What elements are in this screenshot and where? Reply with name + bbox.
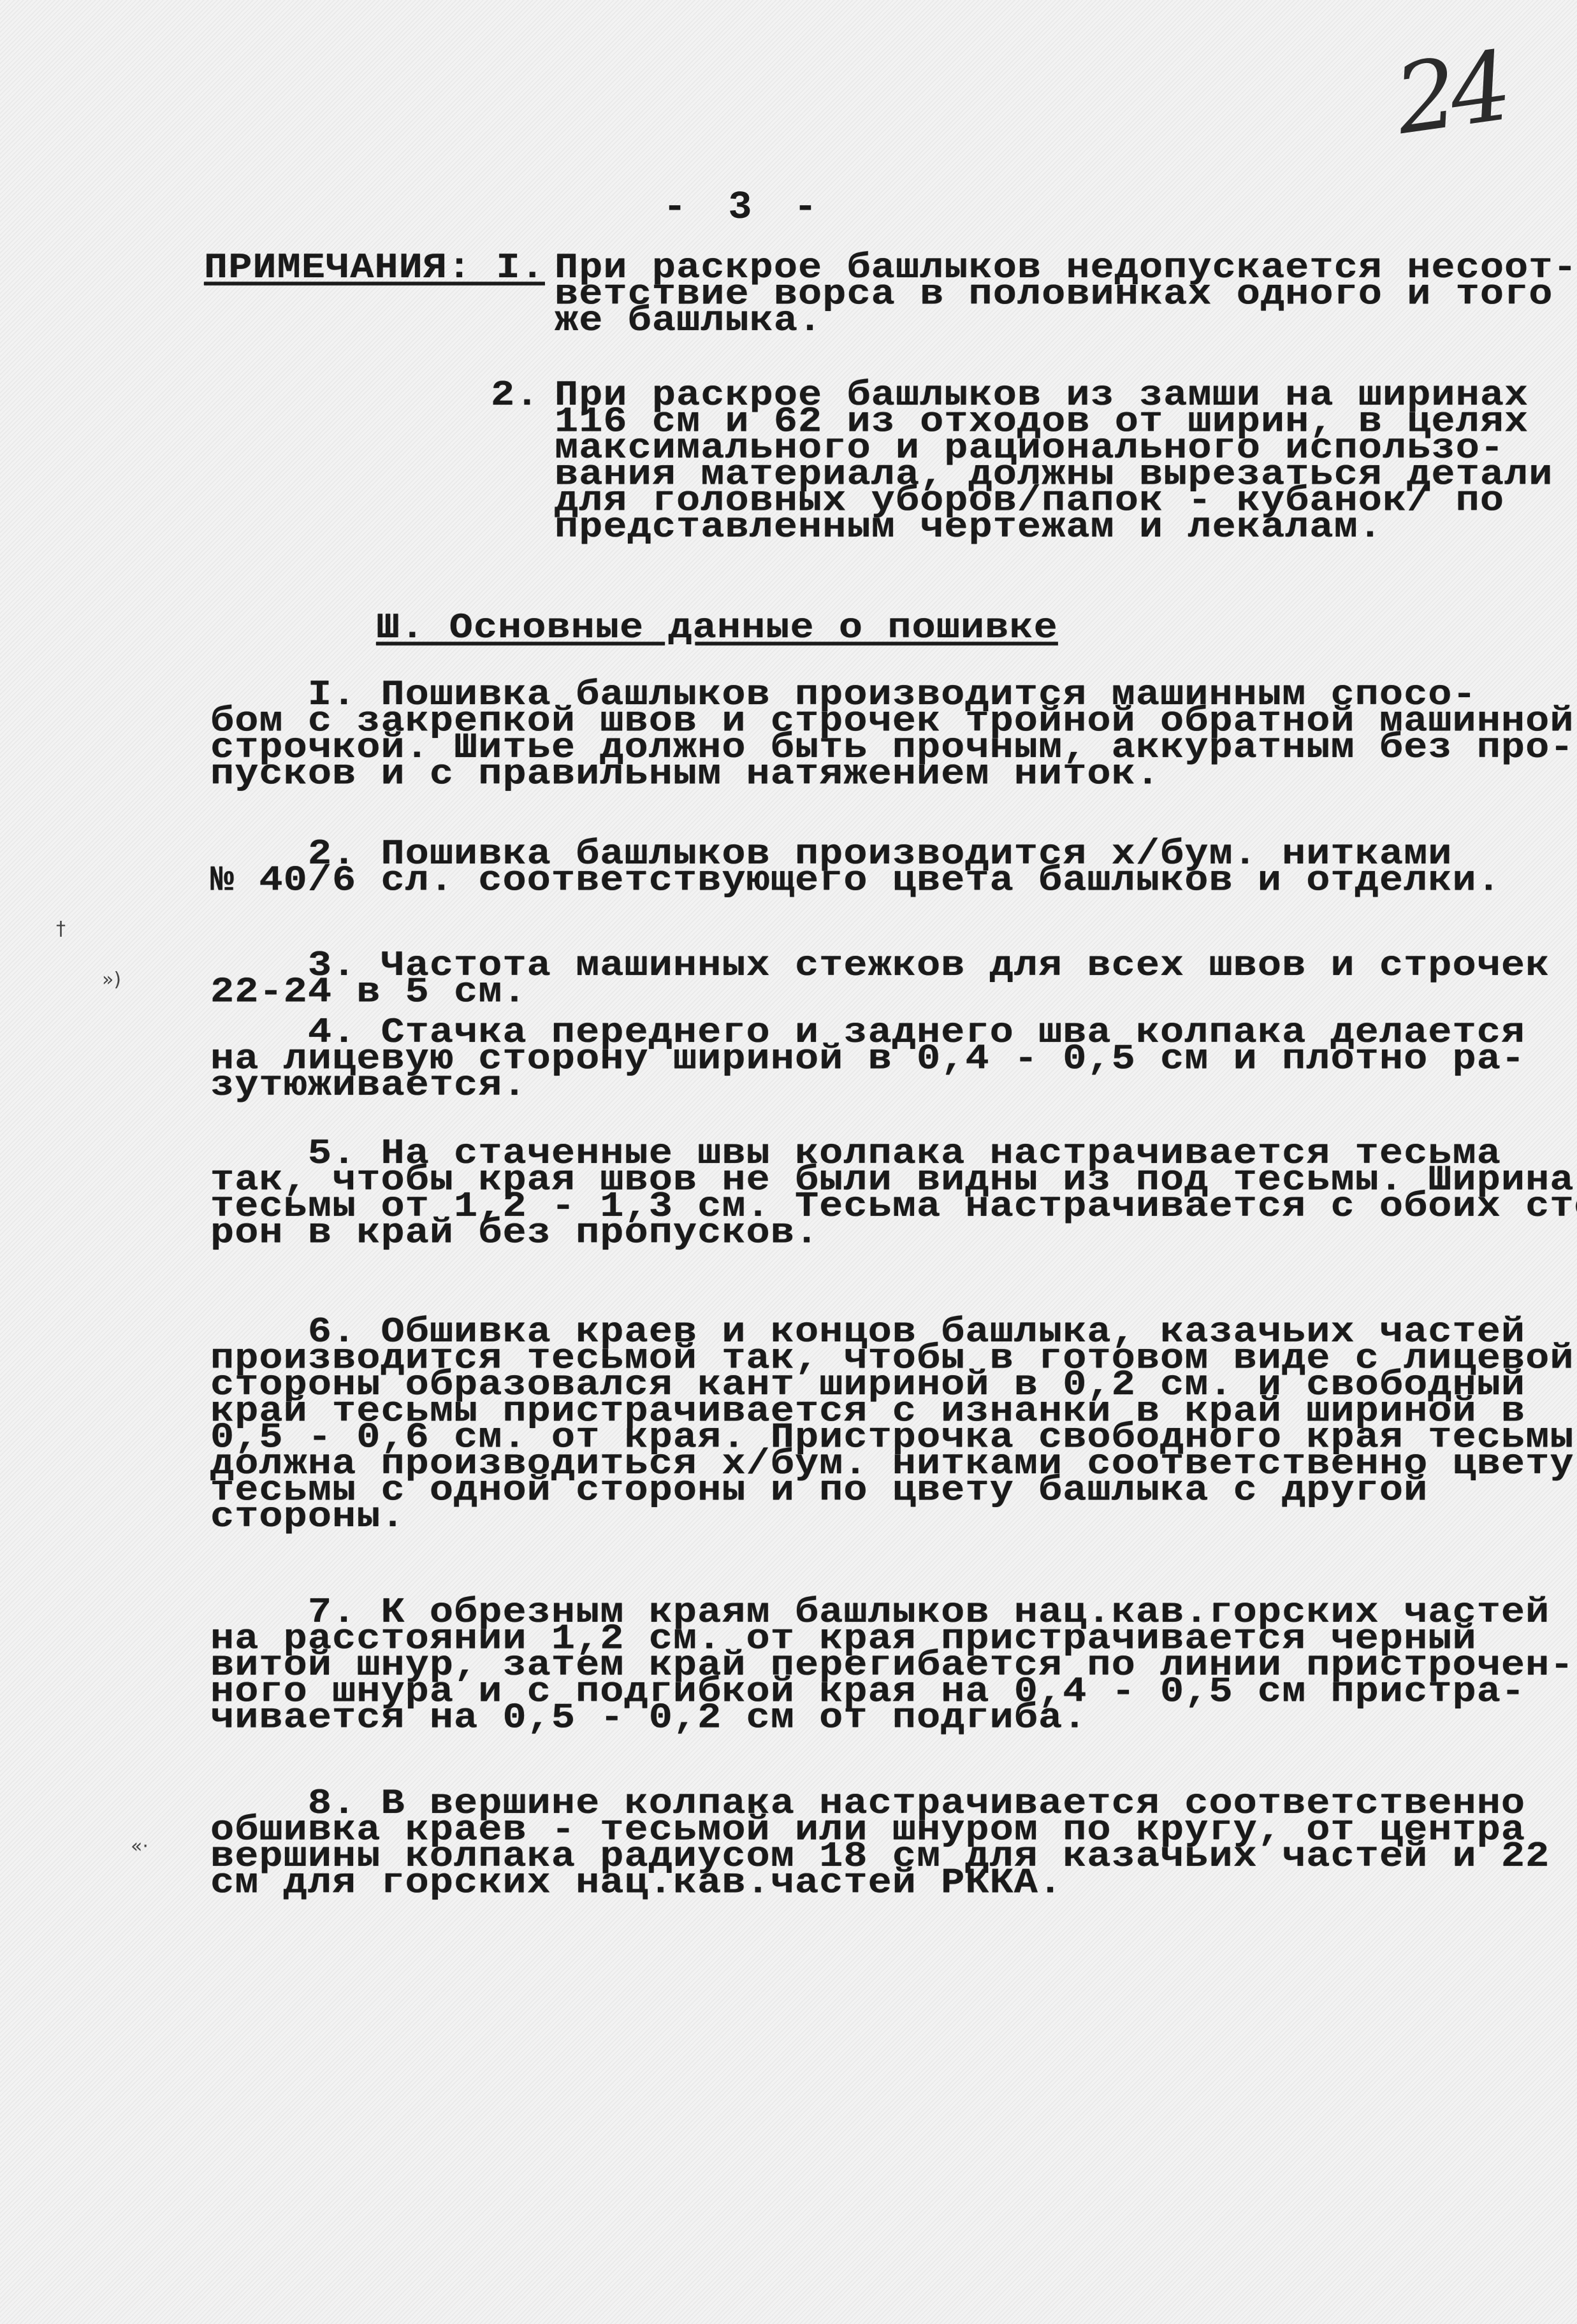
paragraph-item-1: I. Пошивка башлыков производится машинны…	[210, 682, 1574, 788]
paragraph-item-8: 8. В вершине колпака настрачивается соот…	[210, 1791, 1550, 1896]
margin-mark: «·	[131, 1835, 149, 1858]
handwritten-folio-number: 24	[1389, 31, 1512, 156]
notes-label: ПРИМЕЧАНИЯ: I.	[204, 255, 545, 281]
section-heading: Ш. Основные данные о пошивке	[376, 615, 1058, 641]
paragraph-item-6: 6. Обшивка краев и концов башлыка, казач…	[210, 1319, 1574, 1530]
margin-mark: »)	[102, 969, 121, 991]
paragraph-item-7: 7. К обрезным краям башлыков нац.кав.гор…	[210, 1599, 1574, 1731]
note-2-number: 2.	[491, 382, 539, 408]
note-2: При раскрое башлыков из замши на ширинах…	[555, 382, 1553, 540]
scanned-page: 24 - 3 - † ») «· ПРИМЕЧАНИЯ: I. При раск…	[0, 0, 1577, 2324]
page-number: - 3 -	[663, 185, 826, 230]
paragraph-item-4: 4. Стачка переднего и заднего шва колпак…	[210, 1020, 1525, 1099]
paragraph-item-3: 3. Частота машинных стежков для всех шво…	[210, 953, 1550, 1006]
paragraph-item-5: 5. На стаченные швы колпака настрачивает…	[210, 1141, 1577, 1246]
paragraph-item-2: 2. Пошивка башлыков производится х/бум. …	[210, 841, 1501, 894]
note-1: При раскрое башлыков недопускается несоо…	[555, 255, 1577, 334]
margin-mark: †	[56, 918, 66, 940]
